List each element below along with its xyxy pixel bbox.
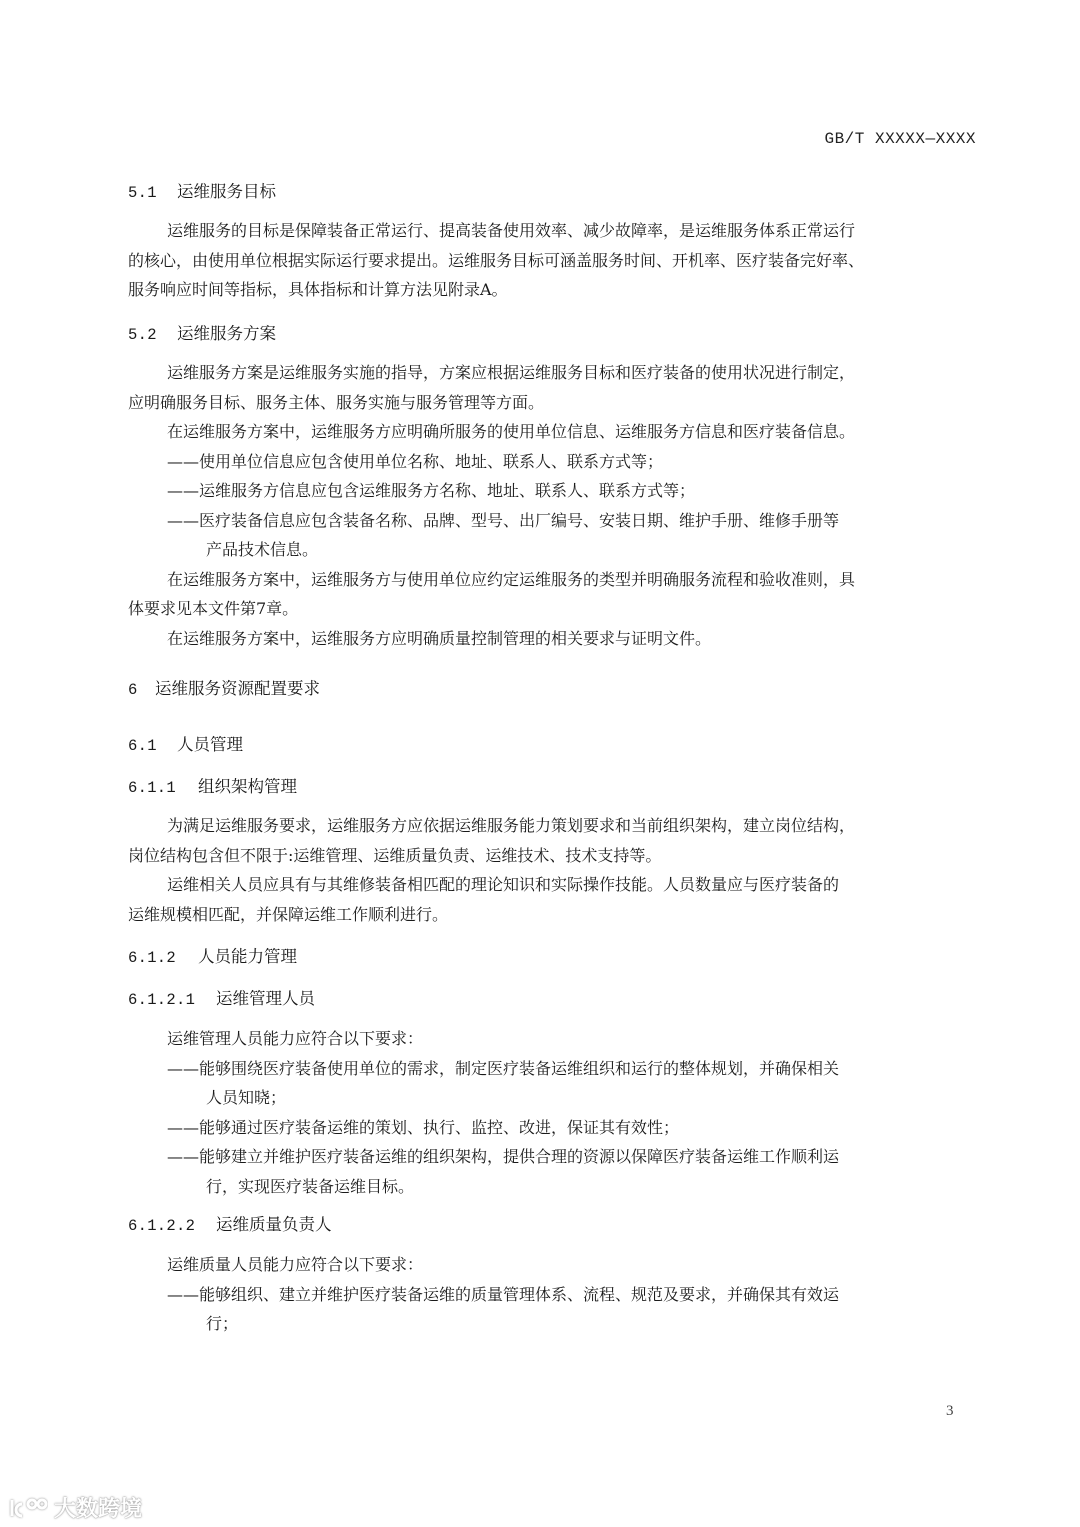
paragraph-5-1: 运维服务的目标是保障装备正常运行、提高装备使用效率、减少故障率，是运维服务体系正… <box>128 216 978 305</box>
section-title: 运维服务方案 <box>177 324 276 343</box>
text-line: 运维质量人员能力应符合以下要求： <box>128 1250 978 1280</box>
text-line: 岗位结构包含但不限于:运维管理、运维质量负责、运维技术、技术支持等。 <box>128 841 978 871</box>
document-page: GB/T XXXXX—XXXX 5.1运维服务目标 运维服务的目标是保障装备正常… <box>0 0 1080 1527</box>
heading-6-1-2: 6.1.2人员能力管理 <box>128 943 297 967</box>
paragraph-6-1-2-1: 运维管理人员能力应符合以下要求： ——能够围绕医疗装备使用单位的需求，制定医疗装… <box>128 1024 978 1201</box>
section-title: 人员管理 <box>177 735 243 754</box>
section-number: 6.1.2.2 <box>128 1217 216 1235</box>
kdoo-logo-icon <box>8 1496 48 1520</box>
section-title: 运维服务目标 <box>177 182 276 201</box>
heading-6-1-1: 6.1.1组织架构管理 <box>128 773 297 797</box>
text-line: 应明确服务目标、服务主体、服务实施与服务管理等方面。 <box>128 388 978 418</box>
text-line: 运维管理人员能力应符合以下要求： <box>128 1024 978 1054</box>
section-title: 运维管理人员 <box>216 989 315 1008</box>
list-item-continuation: 行； <box>128 1309 978 1339</box>
section-title: 组织架构管理 <box>198 777 297 796</box>
text-line: 运维服务方案是运维服务实施的指导，方案应根据运维服务目标和医疗装备的使用状况进行… <box>128 358 978 388</box>
text-line: 在运维服务方案中，运维服务方应明确质量控制管理的相关要求与证明文件。 <box>128 624 978 654</box>
section-number: 5.2 <box>128 326 177 344</box>
watermark-text: 大数跨境 <box>54 1492 142 1523</box>
list-item: ——医疗装备信息应包含装备名称、品牌、型号、出厂编号、安装日期、维护手册、维修手… <box>128 506 978 536</box>
section-number: 6.1.1 <box>128 779 198 797</box>
section-number: 6.1 <box>128 737 177 755</box>
section-number: 6 <box>128 681 155 699</box>
watermark: 大数跨境 <box>8 1492 142 1523</box>
text-line: 的核心，由使用单位根据实际运行要求提出。运维服务目标可涵盖服务时间、开机率、医疗… <box>128 246 978 276</box>
heading-5-2: 5.2运维服务方案 <box>128 320 276 344</box>
text-line: 运维服务的目标是保障装备正常运行、提高装备使用效率、减少故障率，是运维服务体系正… <box>128 216 978 246</box>
list-item-continuation: 行，实现医疗装备运维目标。 <box>128 1172 978 1202</box>
section-number: 6.1.2.1 <box>128 991 216 1009</box>
text-line: 为满足运维服务要求，运维服务方应依据运维服务能力策划要求和当前组织架构，建立岗位… <box>128 811 978 841</box>
list-item: ——能够建立并维护医疗装备运维的组织架构，提供合理的资源以保障医疗装备运维工作顺… <box>128 1142 978 1172</box>
paragraph-6-1-2-2: 运维质量人员能力应符合以下要求： ——能够组织、建立并维护医疗装备运维的质量管理… <box>128 1250 978 1339</box>
heading-6-1-2-1: 6.1.2.1运维管理人员 <box>128 985 315 1009</box>
list-item-continuation: 产品技术信息。 <box>128 535 978 565</box>
list-item: ——能够通过医疗装备运维的策划、执行、监控、改进，保证其有效性； <box>128 1113 978 1143</box>
text-line: 服务响应时间等指标，具体指标和计算方法见附录A。 <box>128 275 978 305</box>
heading-5-1: 5.1运维服务目标 <box>128 178 276 202</box>
section-title: 人员能力管理 <box>198 947 297 966</box>
heading-6: 6运维服务资源配置要求 <box>128 675 320 699</box>
list-item-continuation: 人员知晓； <box>128 1083 978 1113</box>
section-number: 6.1.2 <box>128 949 198 967</box>
section-title: 运维质量负责人 <box>216 1215 332 1234</box>
heading-6-1: 6.1人员管理 <box>128 731 243 755</box>
document-code: GB/T XXXXX—XXXX <box>824 130 976 148</box>
list-item: ——能够组织、建立并维护医疗装备运维的质量管理体系、流程、规范及要求，并确保其有… <box>128 1280 978 1310</box>
list-item: ——使用单位信息应包含使用单位名称、地址、联系人、联系方式等； <box>128 447 978 477</box>
paragraph-5-2: 运维服务方案是运维服务实施的指导，方案应根据运维服务目标和医疗装备的使用状况进行… <box>128 358 978 653</box>
text-line: 体要求见本文件第7章。 <box>128 594 978 624</box>
text-line: 在运维服务方案中，运维服务方与使用单位应约定运维服务的类型并明确服务流程和验收准… <box>128 565 978 595</box>
page-number: 3 <box>946 1403 954 1420</box>
paragraph-6-1-1: 为满足运维服务要求，运维服务方应依据运维服务能力策划要求和当前组织架构，建立岗位… <box>128 811 978 929</box>
text-line: 在运维服务方案中，运维服务方应明确所服务的使用单位信息、运维服务方信息和医疗装备… <box>128 417 978 447</box>
text-line: 运维规模相匹配，并保障运维工作顺利进行。 <box>128 900 978 930</box>
heading-6-1-2-2: 6.1.2.2运维质量负责人 <box>128 1211 332 1235</box>
section-number: 5.1 <box>128 184 177 202</box>
section-title: 运维服务资源配置要求 <box>155 679 320 698</box>
list-item: ——运维服务方信息应包含运维服务方名称、地址、联系人、联系方式等； <box>128 476 978 506</box>
list-item: ——能够围绕医疗装备使用单位的需求，制定医疗装备运维组织和运行的整体规划，并确保… <box>128 1054 978 1084</box>
text-line: 运维相关人员应具有与其维修装备相匹配的理论知识和实际操作技能。人员数量应与医疗装… <box>128 870 978 900</box>
